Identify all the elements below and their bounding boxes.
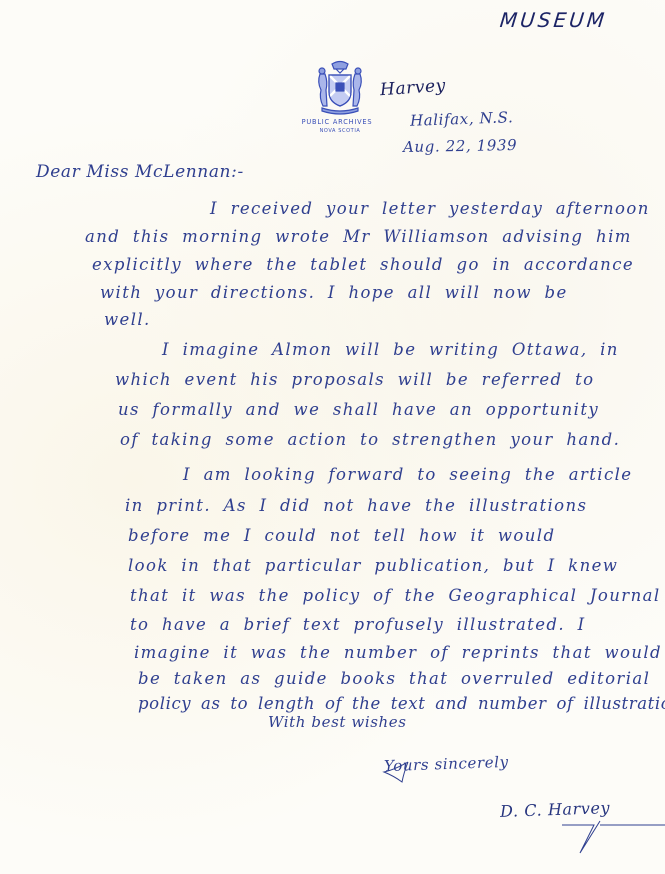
file-note: Harvey [379,76,446,101]
body-line: us formally and we shall have an opportu… [118,400,599,419]
letter-place: Halifax, N.S. [410,108,514,130]
body-line: to have a brief text profusely illustrat… [130,615,586,634]
signature: D. C. Harvey [500,798,611,821]
salutation: Dear Miss McLennan:- [36,162,244,182]
body-line: that it was the policy of the Geographic… [130,586,661,605]
body-line: imagine it was the number of reprints th… [134,643,662,662]
body-line: I imagine Almon will be writing Ottawa, … [162,340,619,359]
body-line: explicitly where the tablet should go in… [92,255,634,274]
letter-page: MUSEUM PUBLIC ARCHIVES NOVA S [0,0,665,874]
signature-flourish-icon [560,820,665,855]
body-line: which event his proposals will be referr… [115,370,595,389]
letterhead-location: NOVA SCOTIA [300,128,380,134]
body-line: look in that particular publication, but… [128,556,618,575]
body-line: I received your letter yesterday afterno… [210,199,650,218]
body-line: in print. As I did not have the illustra… [125,496,587,515]
archive-label: MUSEUM [499,8,609,32]
body-line: be taken as guide books that overruled e… [138,669,650,688]
letter-date: Aug. 22, 1939 [403,136,518,156]
body-line: well. [104,310,151,329]
letterhead-organization: PUBLIC ARCHIVES [294,118,380,126]
nova-scotia-coat-of-arms-icon [314,60,366,116]
closing: With best wishes [268,713,407,731]
body-line: and this morning wrote Mr Williamson adv… [85,227,632,246]
body-line: policy as to length of the text and numb… [138,694,665,713]
body-line: with your directions. I hope all will no… [100,283,568,302]
letterhead: PUBLIC ARCHIVES NOVA SCOTIA [300,60,380,134]
body-line: I am looking forward to seeing the artic… [183,465,632,484]
body-line: of taking some action to strengthen your… [120,430,620,449]
body-line: before me I could not tell how it would [128,526,555,545]
valediction: Yours sincerely [384,753,509,775]
